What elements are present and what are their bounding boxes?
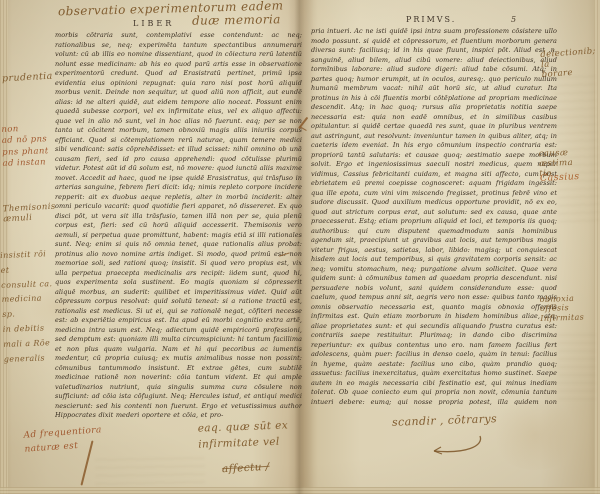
right-running-header: PRIMVS. [406, 15, 456, 24]
margin-note-cassius: Cassius [540, 171, 580, 184]
bottom-center-note-struck: affectu / [222, 461, 270, 476]
right-page-text: pria intueri. Ac ne isti quidē ipsi intr… [311, 27, 557, 405]
left-page-text: morbis cōtraria sunt, contemplativi esse… [55, 31, 302, 431]
margin-note-lower-left: insistit rōi et consulit ca. medicina sp… [0, 247, 56, 367]
margin-note-themisonis: Themisonis æmuli [3, 202, 57, 225]
margin-note-obnoxia: obnoxia offēsis Infirmitas [540, 293, 600, 323]
margin-note-red: non ad nō pns pns phant ad instan [1, 123, 49, 170]
margin-note-laborare: deiectionib; la borare [540, 46, 600, 80]
header-margin-note: duæ memoria [192, 12, 281, 28]
flourish-stroke [418, 434, 488, 460]
bottom-center-note: eaq. quæ sūt ex infirmitate vel [197, 418, 288, 453]
book-photo: observatio experimentorum eadem LIBER du… [0, 0, 600, 494]
page-number: 5 [511, 15, 516, 24]
left-running-header: LIBER [133, 19, 174, 28]
